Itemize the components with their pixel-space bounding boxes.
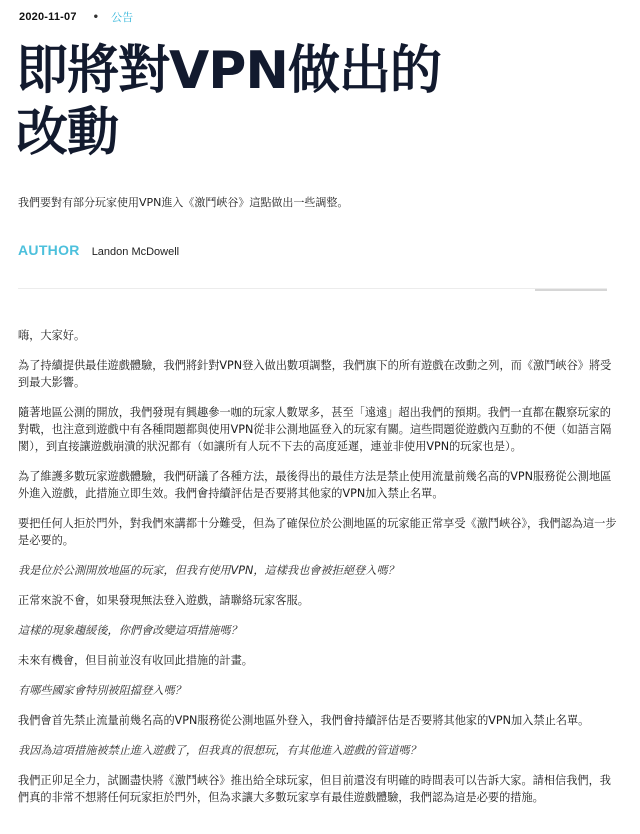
faq-question: 我因為這項措施被禁止進入遊戲了，但我真的很想玩，有其他進入遊戲的管道嗎？	[18, 742, 618, 759]
faq-answer: 未來有機會，但目前並沒有收回此措施的計畫。	[18, 652, 618, 669]
publish-date: 2020-11-07	[19, 11, 77, 23]
article-title: 即將對VPN做出的改動	[16, 40, 456, 164]
header-divider	[18, 288, 607, 289]
paragraph: 為了維護多數玩家遊戲體驗，我們研議了各種方法，最後得出的最佳方法是禁止使用流量前…	[18, 468, 618, 502]
faq-answer: 我們正卯足全力，試圖盡快將《激鬥峽谷》推出給全球玩家，但目前還沒有明確的時間表可…	[18, 772, 618, 806]
paragraph-greeting: 嗨，大家好。	[18, 327, 618, 344]
category-link[interactable]: 公告	[111, 9, 133, 25]
author-label: AUTHOR	[18, 242, 80, 258]
article-body: 嗨，大家好。 為了持續提供最佳遊戲體驗，我們將針對VPN登入做出數項調整，我們旗…	[18, 327, 618, 819]
article-meta: 2020-11-07 • 公告	[19, 9, 133, 25]
faq-question: 我是位於公測開放地區的玩家，但我有使用VPN，這樣我也會被拒絕登入嗎？	[18, 562, 618, 579]
faq-question: 有哪些國家會特別被阻擋登入嗎？	[18, 682, 618, 699]
paragraph: 為了持續提供最佳遊戲體驗，我們將針對VPN登入做出數項調整，我們旗下的所有遊戲在…	[18, 357, 618, 391]
faq-answer: 正常來說不會，如果發現無法登入遊戲，請聯絡玩家客服。	[18, 592, 618, 609]
article-subtitle: 我們要對有部分玩家使用VPN進入《激鬥峽谷》這點做出一些調整。	[18, 194, 348, 210]
paragraph: 要把任何人拒於門外，對我們來講都十分難受，但為了確保位於公測地區的玩家能正常享受…	[18, 515, 618, 549]
faq-question: 這樣的現象趨緩後，你們會改變這項措施嗎？	[18, 622, 618, 639]
reading-progress-indicator	[535, 289, 607, 291]
author-name: Landon McDowell	[92, 246, 179, 258]
meta-separator: •	[93, 12, 99, 23]
faq-answer: 我們會首先禁止流量前幾名高的VPN服務從公測地區外登入，我們會持續評估是否要將其…	[18, 712, 618, 729]
author-row: AUTHOR Landon McDowell	[18, 242, 179, 258]
paragraph: 隨著地區公測的開放，我們發現有興趣參一咖的玩家人數眾多，甚至「遠遠」超出我們的預…	[18, 404, 618, 455]
